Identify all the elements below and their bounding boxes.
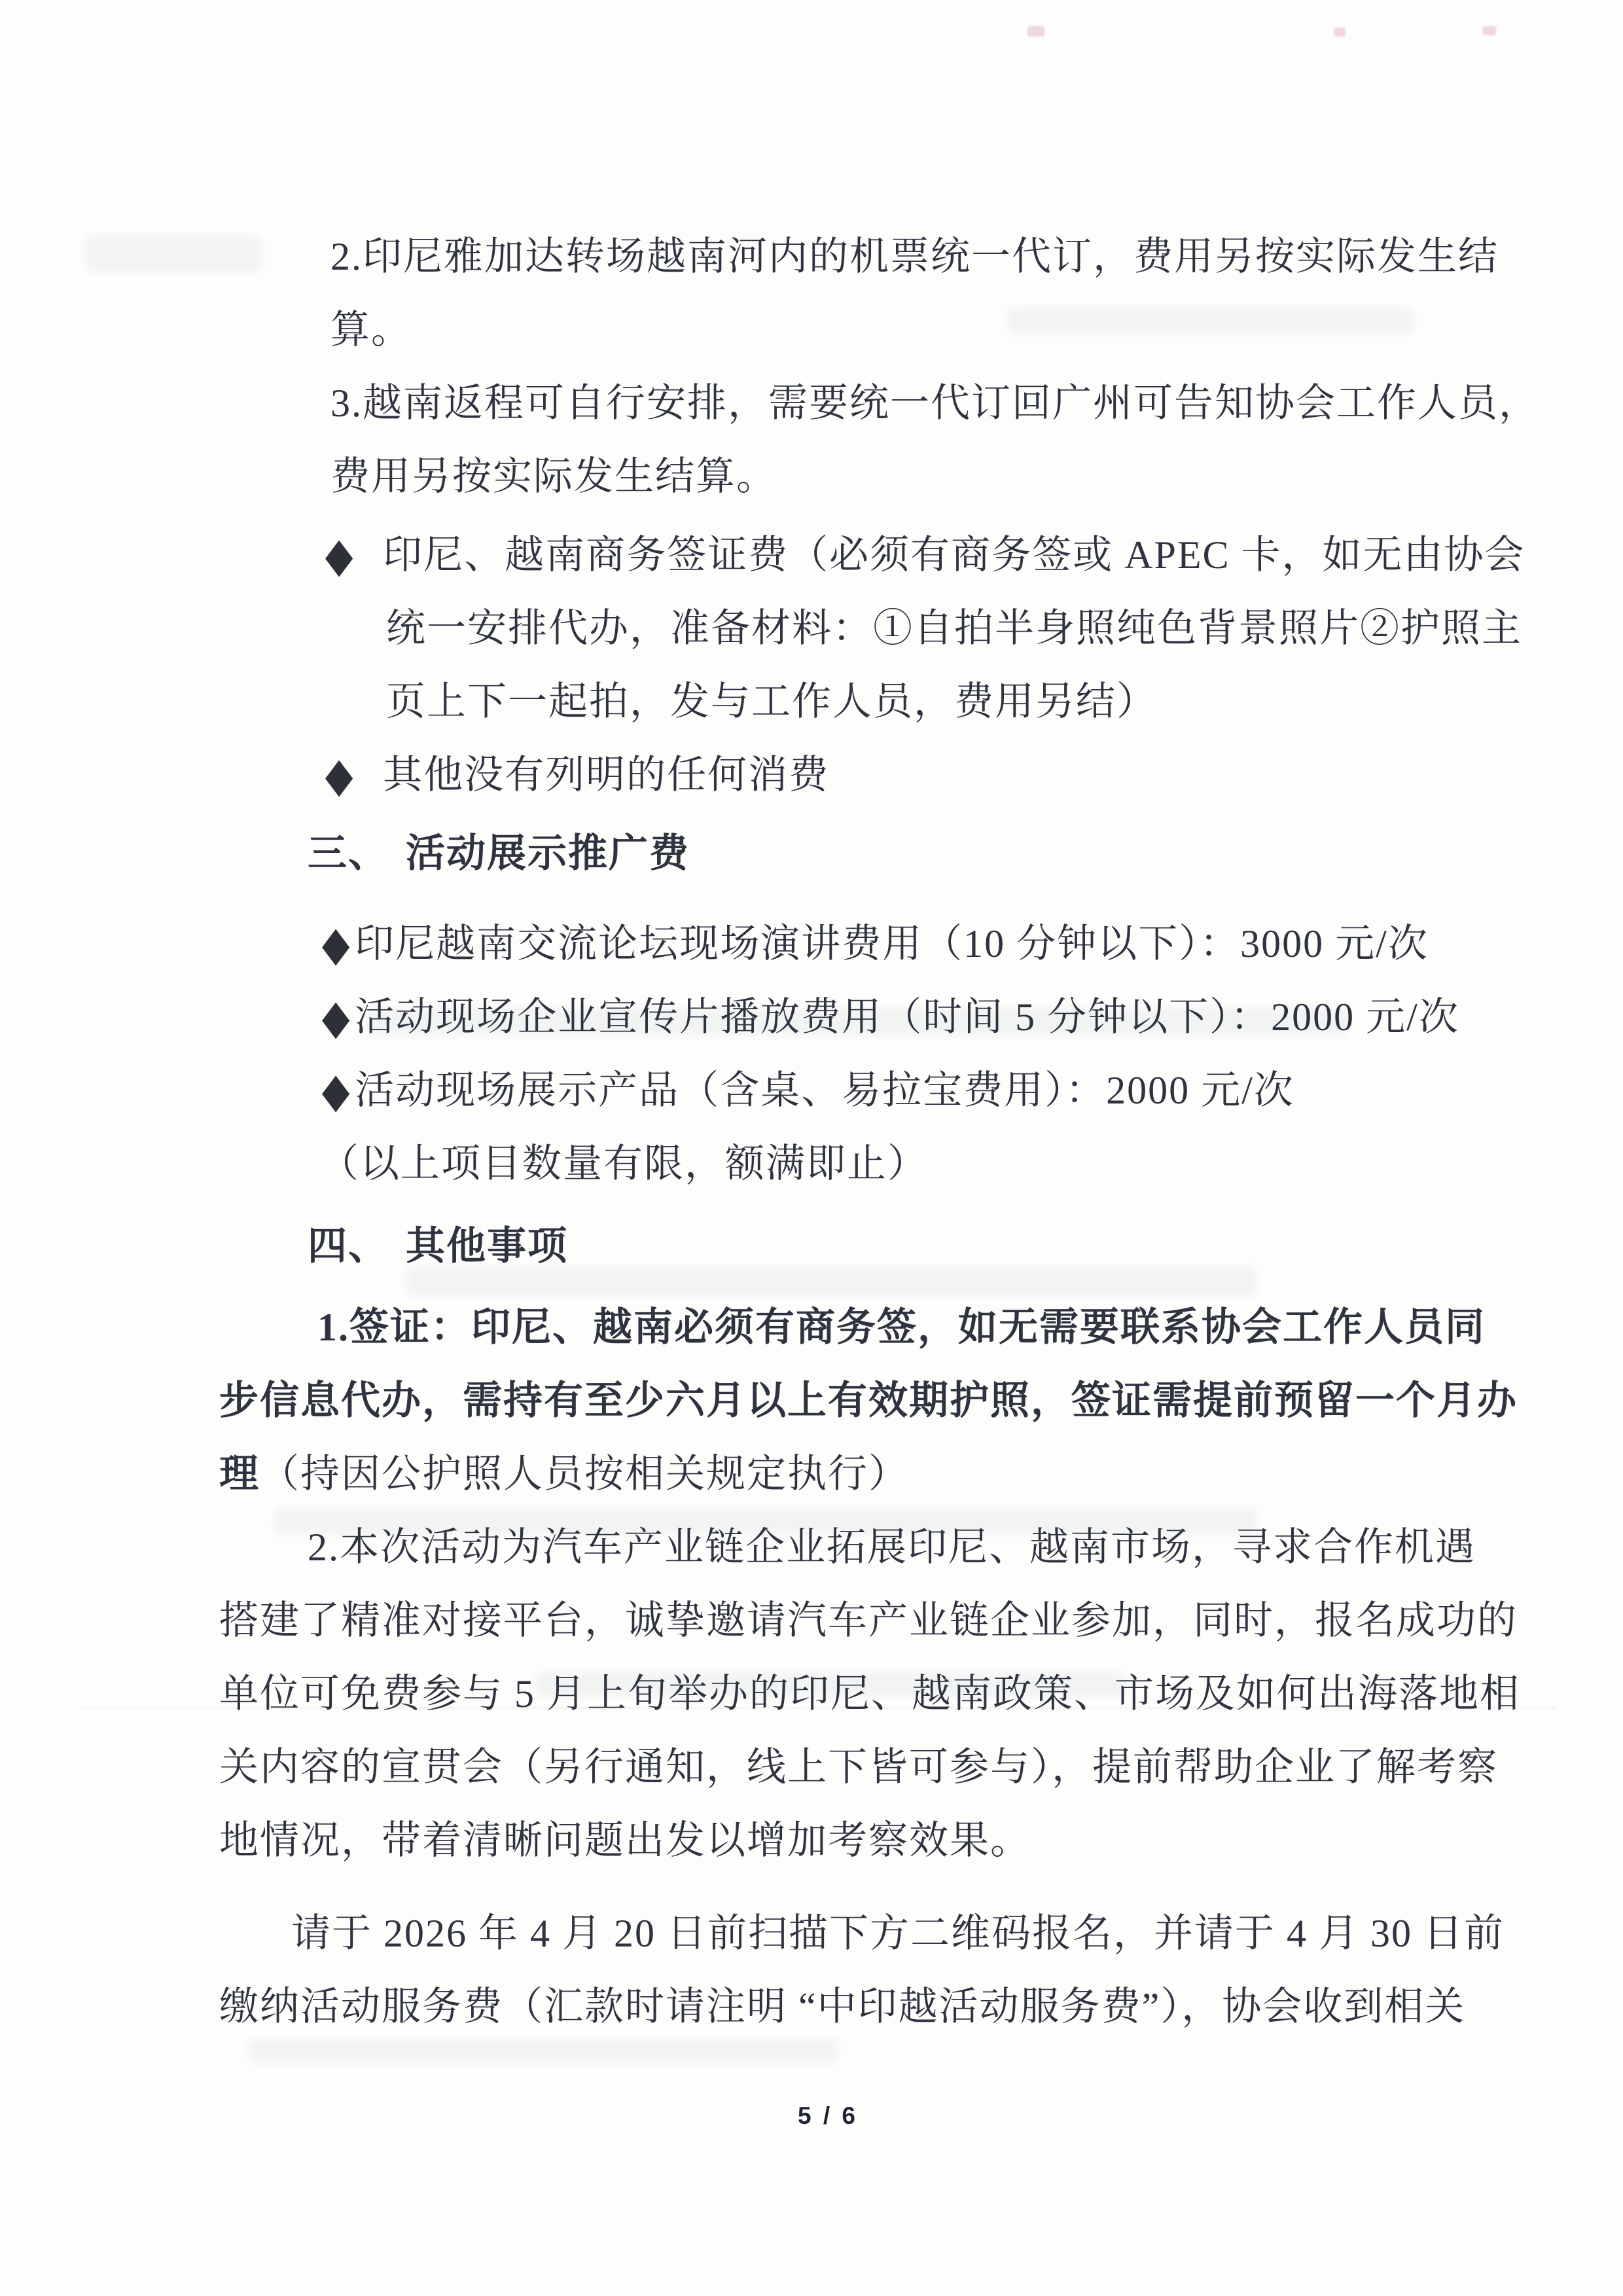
text-line: 步信息代办，需持有至少六月以上有效期护照，签证需提前预留一个月办: [219, 1364, 1623, 1437]
line-text: 1.签证：印尼、越南必须有商务签，如无需要联系协会工作人员同: [317, 1306, 1486, 1349]
line-text: 活动现场企业宣传片播放费用（时间 5 分钟以下）：2000 元/次: [355, 996, 1459, 1039]
text-line: ◆印尼、越南商务签证费（必须有商务签或 APEC 卡，如无由协会: [324, 518, 1623, 592]
line-text: 单位可免费参与 5 月上旬举办的印尼、越南政策、市场及如何出海落地相: [219, 1672, 1520, 1715]
line-text: 印尼、越南商务签证费（必须有商务签或 APEC 卡，如无由协会: [383, 533, 1525, 577]
line-text: 搭建了精准对接平台，诚挚邀请汽车产业链企业参加，同时，报名成功的: [219, 1599, 1518, 1642]
line-text: 地情况，带着清晰问题出发以增加考察效果。: [219, 1819, 1031, 1862]
line-text: 其他没有列明的任何消费: [383, 753, 829, 797]
line-text: 活动展示推广费: [406, 832, 690, 875]
diamond-bullet-icon: ◆: [322, 1046, 351, 1136]
page-footer: 5 / 6: [0, 2102, 1623, 2130]
text-line: 页上下一起拍，发与工作人员，费用另结）: [386, 665, 1623, 738]
line-text: 3.越南返程可自行安排，需要统一代订回广州可告知协会工作人员，: [330, 382, 1539, 425]
document-body: 2.印尼雅加达转场越南河内的机票统一代订，费用另按实际发生结算。3.越南返程可自…: [0, 0, 1623, 2043]
section-heading: 三、活动展示推广费: [308, 817, 1623, 890]
line-text: 请于 2026 年 4 月 20 日前扫描下方二维码报名，并请于 4 月 30 …: [291, 1912, 1505, 1955]
line-text: 2.本次活动为汽车产业链企业拓展印尼、越南市场，寻求合作机遇: [308, 1526, 1476, 1569]
section-heading: 四、其他事项: [308, 1210, 1623, 1283]
text-line: 统一安排代办，准备材料：①自拍半身照纯色背景照片②护照主: [386, 592, 1623, 665]
text-line: 单位可免费参与 5 月上旬举办的印尼、越南政策、市场及如何出海落地相: [219, 1657, 1623, 1731]
diamond-bullet-icon: ◆: [325, 511, 354, 600]
text-line: ◆活动现场企业宣传片播放费用（时间 5 分钟以下）：2000 元/次: [321, 980, 1623, 1054]
line-text: 关内容的宣贯会（另行通知，线上下皆可参与），提前帮助企业了解考察: [219, 1746, 1498, 1789]
text-line: ◆其他没有列明的任何消费: [324, 738, 1623, 812]
page-number: 5 / 6: [798, 2102, 858, 2130]
text-line: 算。: [330, 293, 1623, 367]
diamond-bullet-icon: ◆: [325, 730, 354, 820]
text-line: （以上项目数量有限，额满即止）: [319, 1127, 1623, 1200]
line-text: 2.印尼雅加达转场越南河内的机票统一代订，费用另按实际发生结: [330, 235, 1499, 278]
line-text: 其他事项: [406, 1225, 568, 1268]
text-line: ◆活动现场展示产品（含桌、易拉宝费用）：2000 元/次: [321, 1054, 1623, 1127]
text-line: 关内容的宣贯会（另行通知，线上下皆可参与），提前帮助企业了解考察: [219, 1731, 1623, 1804]
scanned-document-page: 2.印尼雅加达转场越南河内的机票统一代订，费用另按实际发生结算。3.越南返程可自…: [0, 0, 1623, 2296]
text-line: ◆印尼越南交流论坛现场演讲费用（10 分钟以下）：3000 元/次: [321, 907, 1623, 980]
text-line: 费用另按实际发生结算。: [330, 440, 1623, 513]
line-text: 印尼越南交流论坛现场演讲费用（10 分钟以下）：3000 元/次: [355, 922, 1429, 965]
line-text: 统一安排代办，准备材料：①自拍半身照纯色背景照片②护照主: [386, 607, 1522, 650]
text-line: 3.越南返程可自行安排，需要统一代订回广州可告知协会工作人员，: [330, 367, 1623, 440]
text-line: 搭建了精准对接平台，诚挚邀请汽车产业链企业参加，同时，报名成功的: [219, 1584, 1623, 1657]
line-text: （以上项目数量有限，额满即止）: [319, 1142, 928, 1185]
text-line: 缴纳活动服务费（汇款时请注明 “中印越活动服务费”），协会收到相关: [219, 1970, 1623, 2043]
line-text: 算。: [330, 308, 412, 351]
text-line: 理（持因公护照人员按相关规定执行）: [219, 1437, 1623, 1511]
text-line: 1.签证：印尼、越南必须有商务签，如无需要联系协会工作人员同: [317, 1291, 1623, 1364]
line-text: 费用另按实际发生结算。: [330, 455, 777, 498]
text-line: 请于 2026 年 4 月 20 日前扫描下方二维码报名，并请于 4 月 30 …: [291, 1897, 1623, 1970]
bold-text-run: 理: [219, 1452, 260, 1496]
line-text: 缴纳活动服务费（汇款时请注明 “中印越活动服务费”），协会收到相关: [219, 1985, 1465, 2028]
section-number: 三、: [308, 832, 389, 875]
line-text: 步信息代办，需持有至少六月以上有效期护照，签证需提前预留一个月办: [219, 1379, 1518, 1422]
text-line: 2.印尼雅加达转场越南河内的机票统一代订，费用另按实际发生结: [330, 220, 1623, 293]
line-text: （持因公护照人员按相关规定执行）: [260, 1452, 909, 1496]
text-line: 地情况，带着清晰问题出发以增加考察效果。: [219, 1804, 1623, 1877]
section-number: 四、: [308, 1225, 389, 1268]
line-text: 页上下一起拍，发与工作人员，费用另结）: [386, 680, 1157, 723]
text-line: 2.本次活动为汽车产业链企业拓展印尼、越南市场，寻求合作机遇: [308, 1511, 1623, 1584]
line-text: 活动现场展示产品（含桌、易拉宝费用）：2000 元/次: [355, 1069, 1294, 1112]
